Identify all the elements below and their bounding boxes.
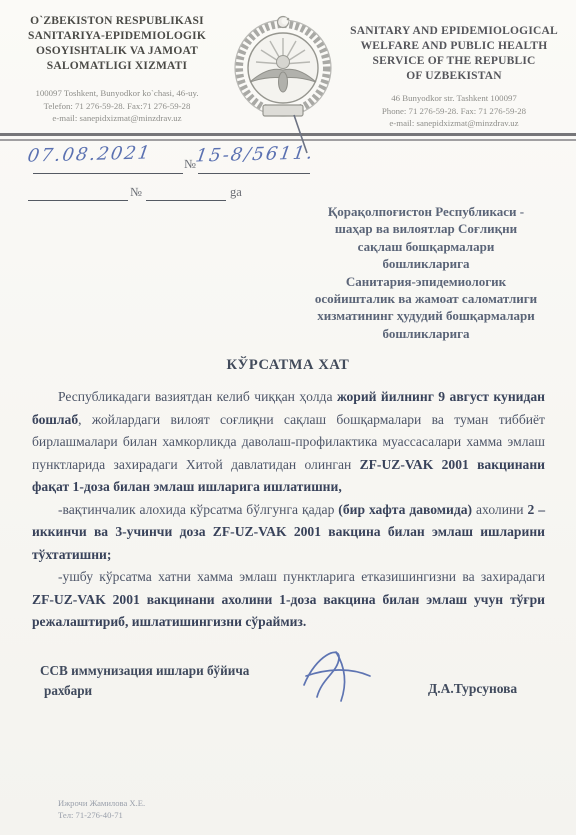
org-name-en-line1: SANITARY AND EPIDEMIOLOGICAL xyxy=(338,24,570,39)
org-name-en-line3: SERVICE OF THE REPUBLIC xyxy=(338,54,570,69)
org-name-uz-line1: O`ZBEKISTON RESPUBLIKASI xyxy=(6,14,228,29)
recipient-line1: Қорақолпоғистон Республикаси - xyxy=(282,203,570,220)
org-address-en-email: e-mail: sanepidxizmat@minzdrav.uz xyxy=(338,117,570,130)
signer-role: ССВ иммунизация ишлари бўйича рахбари xyxy=(40,661,290,701)
org-address-uz-email: e-mail: sanepidxizmat@minzdrav.uz xyxy=(6,112,228,125)
body-paragraph-2: -вақтинчалик алохида кўрсатма бўлгунга қ… xyxy=(32,499,545,567)
divider-rule-thin xyxy=(0,139,576,141)
org-address-en-line1: 46 Bunyodkor str. Tashkent 100097 xyxy=(338,92,570,105)
executor-name: Ижрочи Жамилова Х.Е. xyxy=(58,798,145,810)
letter-body: Республикадаги вазиятдан келиб чиққан ҳо… xyxy=(32,386,545,634)
recipient-line5: Санитария-эпидемиологик xyxy=(282,273,570,290)
uzbekistan-state-emblem-icon xyxy=(228,12,338,130)
number-blank-line xyxy=(198,172,310,174)
recipient-line4: бошликларига xyxy=(282,255,570,272)
body-paragraph-1: Республикадаги вазиятдан келиб чиққан ҳо… xyxy=(32,386,545,499)
org-address-en-line2: Phone: 71 276-59-28. Fax: 71 276-59-28 xyxy=(338,105,570,118)
letterhead-english-block: SANITARY AND EPIDEMIOLOGICAL WELFARE AND… xyxy=(338,12,570,130)
executor-phone: Тел: 71-276-40-71 xyxy=(58,810,145,822)
org-address-en: 46 Bunyodkor str. Tashkent 100097 Phone:… xyxy=(338,92,570,130)
signer-role-line2: рахбари xyxy=(40,681,290,701)
org-name-en-line2: WELFARE AND PUBLIC HEALTH xyxy=(338,39,570,54)
letterhead: O`ZBEKISTON RESPUBLIKASI SANITARIYA-EPID… xyxy=(6,12,570,130)
org-name-uz-line3: OSOYISHTALIK VA JAMOAT xyxy=(6,44,228,59)
recipient-line7: хизматининг ҳудудий бошқармалари xyxy=(282,307,570,324)
divider-rule-thick xyxy=(0,133,576,136)
recipient-block: Қорақолпоғистон Республикаси - шаҳар ва … xyxy=(282,203,570,342)
number-symbol-row2: № xyxy=(130,185,142,200)
org-name-en: SANITARY AND EPIDEMIOLOGICAL WELFARE AND… xyxy=(338,24,570,84)
ga-label: ga xyxy=(230,185,242,200)
body-paragraph-3: -ушбу кўрсатма хатни хамма эмлаш пунктла… xyxy=(32,566,545,634)
executor-footer: Ижрочи Жамилова Х.Е. Тел: 71-276-40-71 xyxy=(58,798,145,821)
recipient-line8: бошликларига xyxy=(282,325,570,342)
signer-name: Д.А.Турсунова xyxy=(428,681,517,697)
org-name-en-line4: OF UZBEKISTAN xyxy=(338,69,570,84)
letterhead-uzbek-block: O`ZBEKISTON RESPUBLIKASI SANITARIYA-EPID… xyxy=(6,12,228,130)
reply-number-blank-line xyxy=(146,199,226,201)
handwritten-outgoing-number: 15-8/5611. xyxy=(194,142,316,166)
org-address-uz-line2: Telefon: 71 276-59-28. Fax:71 276-59-28 xyxy=(6,100,228,113)
date-blank-line xyxy=(33,172,183,174)
org-name-uz-line4: SALOMATLIGI XIZMATI xyxy=(6,59,228,74)
org-name-uz-line2: SANITARIYA-EPIDEMIOLOGIK xyxy=(6,29,228,44)
org-name-uz: O`ZBEKISTON RESPUBLIKASI SANITARIYA-EPID… xyxy=(6,14,228,74)
handwritten-signature xyxy=(294,645,376,709)
org-address-uz: 100097 Toshkent, Bunyodkor ko`chasi, 46-… xyxy=(6,87,228,125)
recipient-line2: шаҳар ва вилоятлар Соғлиқни xyxy=(282,220,570,237)
signer-role-line1: ССВ иммунизация ишлари бўйича xyxy=(40,661,290,681)
handwritten-date: 07.08.2021 xyxy=(26,142,153,166)
reply-date-blank-line xyxy=(28,199,128,201)
scanned-letter-page: O`ZBEKISTON RESPUBLIKASI SANITARIYA-EPID… xyxy=(0,0,576,835)
recipient-line6: осойишталик ва жамоат саломатлиги xyxy=(282,290,570,307)
document-title: КЎРСАТМА ХАТ xyxy=(0,357,576,374)
org-address-uz-line1: 100097 Toshkent, Bunyodkor ko`chasi, 46-… xyxy=(6,87,228,100)
recipient-line3: сақлаш бошқармалари xyxy=(282,238,570,255)
